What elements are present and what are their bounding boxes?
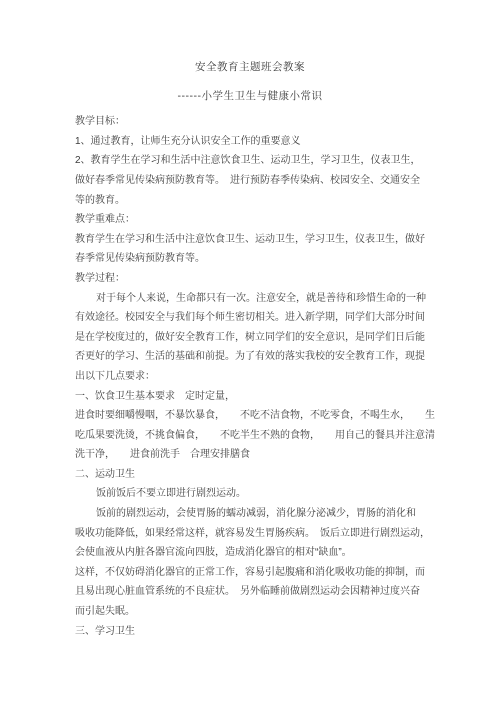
text-line: 吃瓜果要洗烫，不挑食偏食， 不吃半生不熟的食物， 用自己的餐具并注意清 [75, 426, 425, 446]
document-subtitle: ------小学生卫生与健康小常识 [75, 87, 425, 107]
text-line: 且易出现心脏血管系统的不良症状。 另外临睡前做剧烈运动会因精神过度兴奋 [75, 582, 425, 602]
text-line: 等的教育。 [75, 191, 425, 211]
text-line: 这样，不仅妨碍消化器官的正常工作，容易引起腹痛和消化吸收功能的抑制，而 [75, 563, 425, 583]
text-line: 是在学校度过的，做好安全教育工作，树立同学们的安全意识，是同学们日后能 [75, 328, 425, 348]
text-line: 吸收功能降低，如果经常这样，就容易发生胃肠疾病。 饭后立即进行剧烈运动， [75, 524, 425, 544]
text-line: 教学过程： [75, 269, 425, 289]
text-line: 饭前的剧烈运动，会使胃肠的蠕动减弱，消化腺分泌减少，胃肠的消化和 [75, 504, 425, 524]
text-line: 教学重难点： [75, 210, 425, 230]
document-content: 安全教育主题班会教案 ------小学生卫生与健康小常识 教学目标：1、通过教育… [75, 58, 425, 641]
text-line: 做好春季常见传染病预防教育等。 进行预防春季传染病、校园安全、交通安全 [75, 171, 425, 191]
text-line: 2、教育学生在学习和生活中注意饮食卫生、运动卫生，学习卫生，仪表卫生， [75, 151, 425, 171]
document-body: 教学目标：1、通过教育，让师生充分认识安全工作的重要意义2、教育学生在学习和生活… [75, 112, 425, 641]
document-title: 安全教育主题班会教案 [75, 58, 425, 78]
text-line: 饭前饭后不要立即进行剧烈运动。 [75, 484, 425, 504]
text-line: 一、饮食卫生基本要求 定时定量， [75, 387, 425, 407]
text-line: 对于每个人来说，生命都只有一次。注意安全，就是善待和珍惜生命的一种 [75, 289, 425, 309]
text-line: 而引起失眠。 [75, 602, 425, 622]
text-line: 教学目标： [75, 112, 425, 132]
text-line: 会使血液从内脏各器官流向四肢，造成消化器官的相对“缺血”。 [75, 543, 425, 563]
text-line: 否更好的学习、生活的基础和前提。为了有效的落实我校的安全教育工作，现提 [75, 347, 425, 367]
text-line: 出以下几点要求： [75, 367, 425, 387]
text-line: 有效途径。校园安全与我们每个师生密切相关。进入新学期，同学们大部分时间 [75, 308, 425, 328]
text-line: 三、学习卫生 [75, 622, 425, 642]
text-line: 二、运动卫生 [75, 465, 425, 485]
text-line: 教育学生在学习和生活中注意饮食卫生、运动卫生，学习卫生，仪表卫生，做好 [75, 230, 425, 250]
text-line: 1、通过教育，让师生充分认识安全工作的重要意义 [75, 132, 425, 152]
text-line: 春季常见传染病预防教育等。 [75, 249, 425, 269]
text-line: 进食时要细嚼慢咽，不暴饮暴食， 不吃不洁食物，不吃零食，不喝生水， 生 [75, 406, 425, 426]
text-line: 洗干净， 进食前洗手 合理安排膳食 [75, 445, 425, 465]
document-page: 安全教育主题班会教案 ------小学生卫生与健康小常识 教学目标：1、通过教育… [0, 0, 500, 707]
